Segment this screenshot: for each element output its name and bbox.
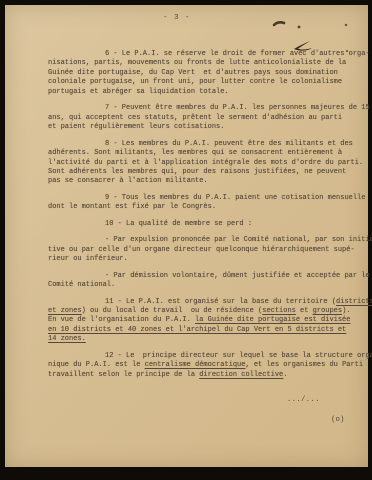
text-line: portugais et abréger sa liquidation tota… bbox=[48, 88, 352, 97]
text-line: 14 zones. bbox=[48, 335, 352, 344]
text-line: 9 - Tous les membres du P.A.I. paient un… bbox=[48, 194, 352, 203]
paragraph: 12 - Le principe directeur sur lequel se… bbox=[48, 352, 352, 380]
continuation-mark: .../... bbox=[287, 396, 320, 404]
text-line: - Par démission volontaire, dûment justi… bbox=[48, 272, 352, 281]
text-line: coloniale portugaise, un front uni, pour… bbox=[48, 78, 352, 87]
text-line: adhérents. Sont militants, les membres q… bbox=[48, 149, 352, 158]
text-line: 12 - Le principe directeur sur lequel se… bbox=[48, 352, 352, 361]
paper-sheet: - 3 - 6 - Le P.A.I. se réserve le droit … bbox=[5, 5, 368, 467]
text-line: 8 - Les membres du P.A.I. peuvent être d… bbox=[48, 140, 352, 149]
text-line: tive ou par celle d'un organe directeur … bbox=[48, 246, 352, 255]
text-line: pas se consacrer à l'action militante. bbox=[48, 177, 352, 186]
text-line: 11 - Le P.A.I. est organisé sur la base … bbox=[48, 298, 352, 307]
scanned-document-page: - 3 - 6 - Le P.A.I. se réserve le droit … bbox=[0, 0, 372, 480]
paragraph: 6 - Le P.A.I. se réserve le droit de for… bbox=[48, 50, 352, 97]
text-line: Comité national. bbox=[48, 281, 352, 290]
text-line: 7 - Peuvent être membres du P.A.I. les p… bbox=[48, 104, 352, 113]
text-line: nisations, partis, mouvements ou fronts … bbox=[48, 59, 352, 68]
text-line: et zones) ou du local de travail ou de r… bbox=[48, 307, 352, 316]
text-line: nique du P.A.I. est le centralisme démoc… bbox=[48, 361, 352, 370]
footer-mark: (o) bbox=[331, 416, 345, 424]
paragraph: 7 - Peuvent être membres du P.A.I. les p… bbox=[48, 104, 352, 132]
page-number: - 3 - bbox=[163, 14, 191, 22]
text-line: rieur ou inférieur. bbox=[48, 255, 352, 264]
paragraph: 10 - La qualité de membre se perd : bbox=[48, 220, 352, 229]
text-line: - Par expulsion prononcée par le Comité … bbox=[48, 236, 352, 245]
text-line: et paient régulièrement leurs cotisation… bbox=[48, 123, 352, 132]
text-line: l'activité du parti et à l'application i… bbox=[48, 159, 352, 168]
text-line: Guinée dite portugaise, du Cap Vert et d… bbox=[48, 69, 352, 78]
text-line: en 10 districts et 40 zones et l'archipe… bbox=[48, 326, 352, 335]
document-body: 6 - Le P.A.I. se réserve le droit de for… bbox=[48, 50, 352, 387]
text-line: 10 - La qualité de membre se perd : bbox=[48, 220, 352, 229]
paragraph: 8 - Les membres du P.A.I. peuvent être d… bbox=[48, 140, 352, 187]
text-line: ans, qui acceptent ces statuts, prêtent … bbox=[48, 114, 352, 123]
text-line: En vue de l'organisation du P.A.I. la Gu… bbox=[48, 316, 352, 325]
text-line: travaillent selon le principe de la dire… bbox=[48, 371, 352, 380]
paragraph: - Par démission volontaire, dûment justi… bbox=[48, 272, 352, 291]
paragraph: 9 - Tous les membres du P.A.I. paient un… bbox=[48, 194, 352, 213]
paragraph: 11 - Le P.A.I. est organisé sur la base … bbox=[48, 298, 352, 345]
paragraph: - Par expulsion prononcée par le Comité … bbox=[48, 236, 352, 264]
text-line: dont le montant est fixé par le Congrès. bbox=[48, 203, 352, 212]
